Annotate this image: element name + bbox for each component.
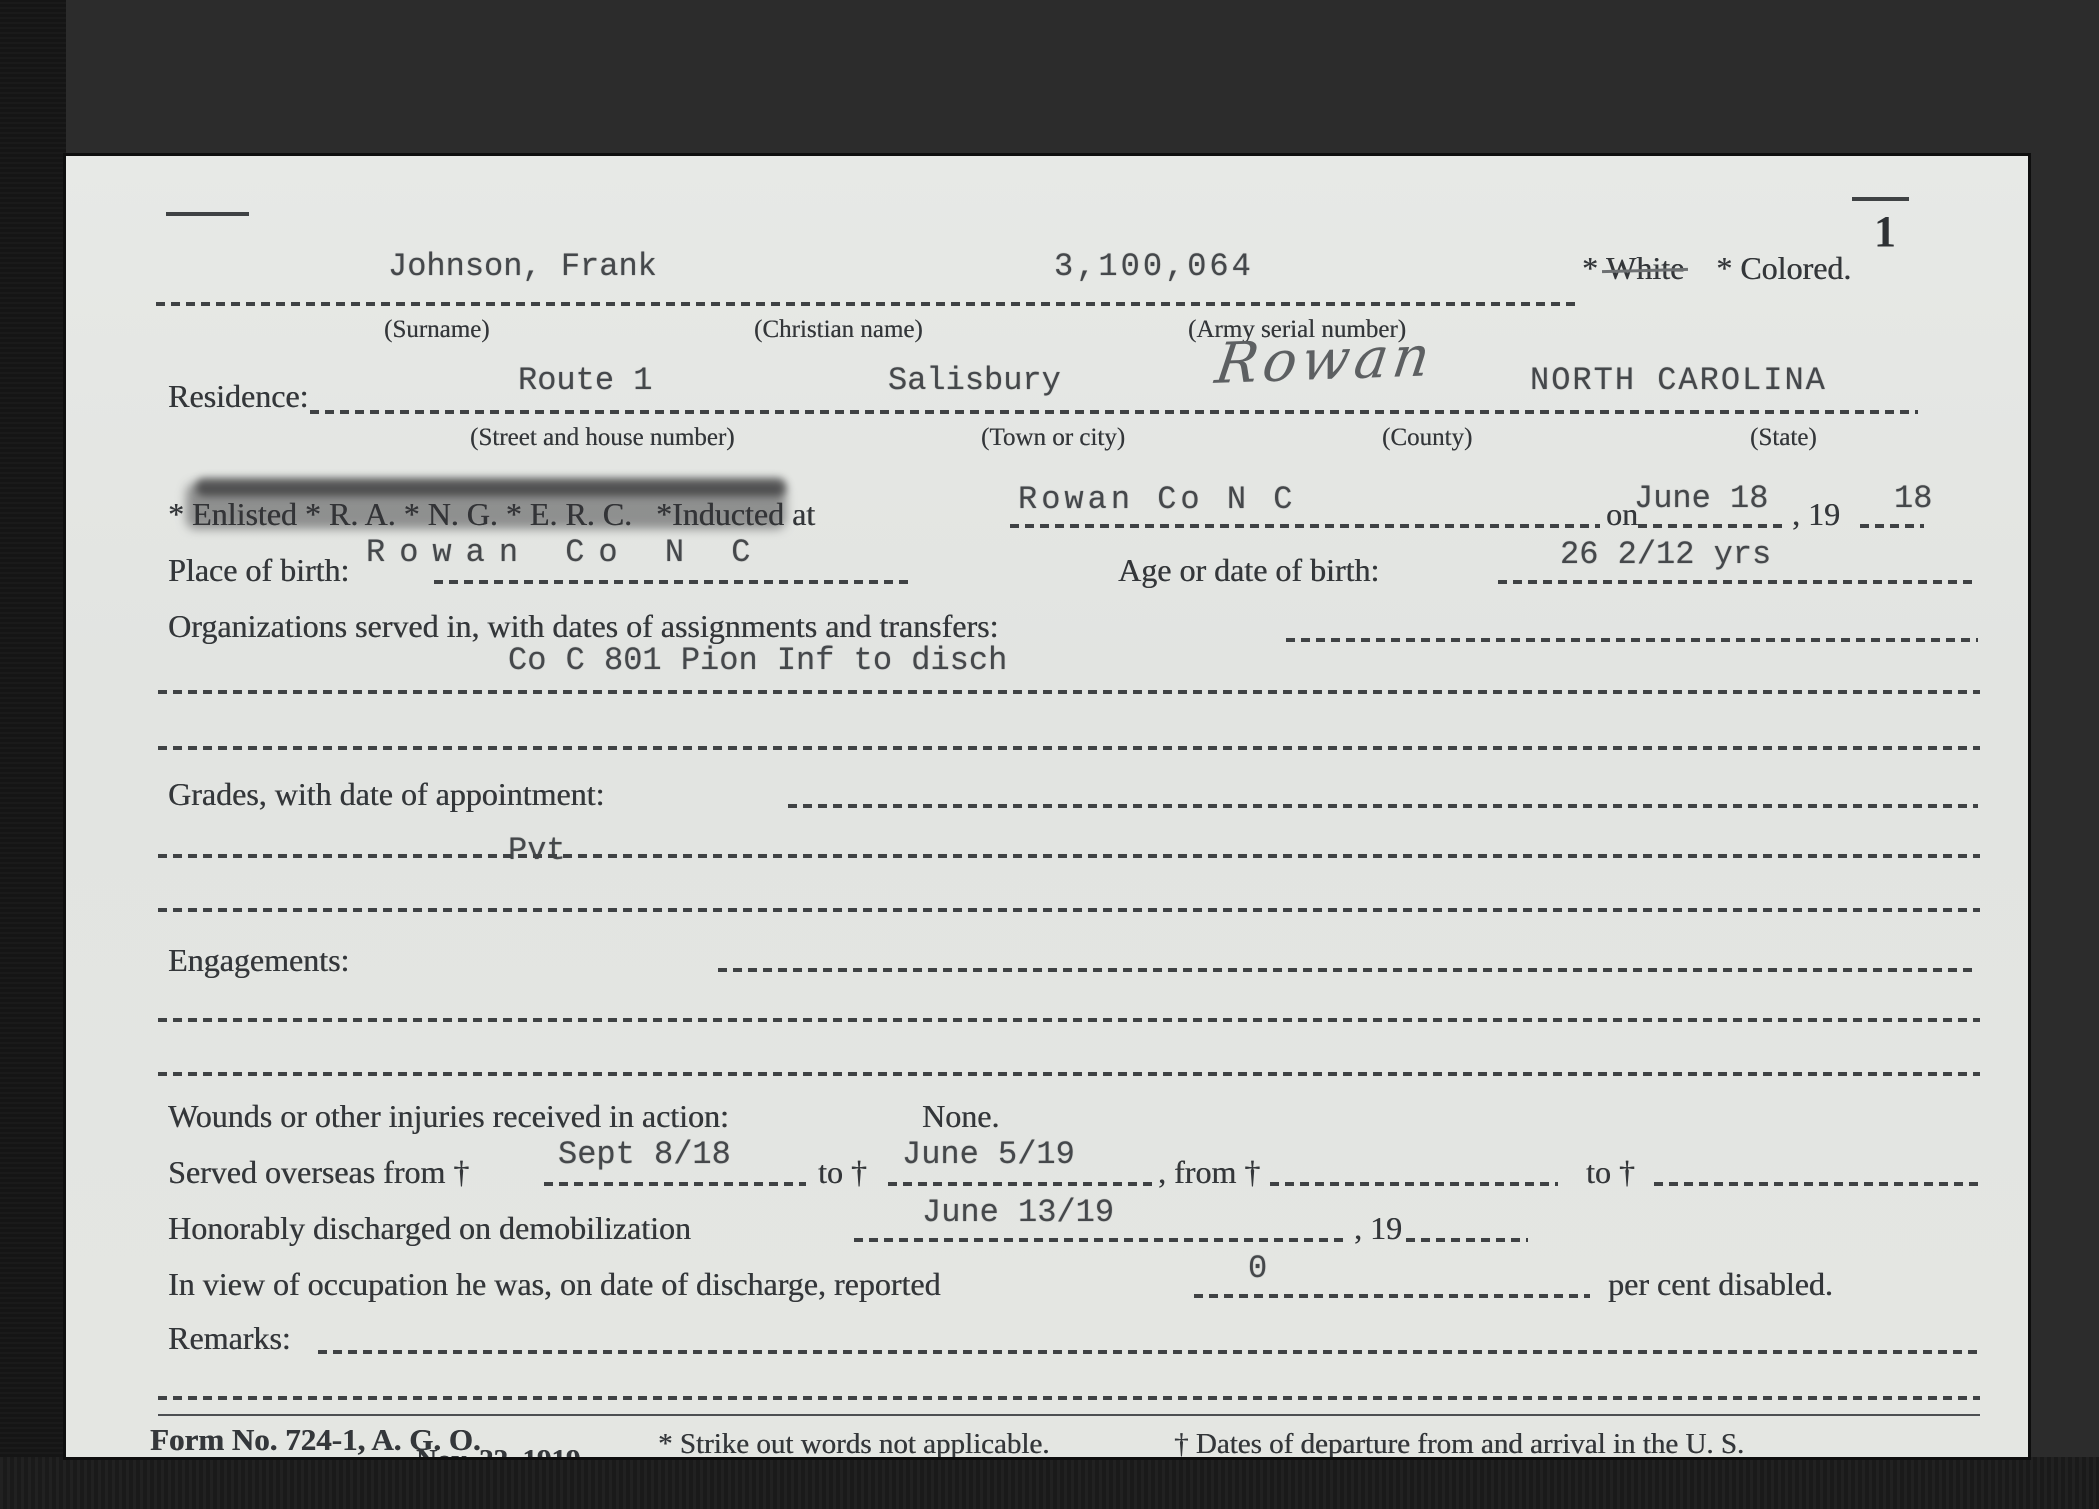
dotted-line: [544, 1182, 806, 1186]
dotted-line: [1860, 524, 1924, 528]
race-option-colored: Colored.: [1740, 250, 1851, 286]
dotted-line: [788, 804, 1978, 808]
grades-value: Pvt: [508, 832, 566, 869]
dotted-line: [1286, 638, 1978, 642]
race-option-white: White: [1606, 250, 1684, 287]
dotted-line: [156, 302, 1580, 306]
engagements-label: Engagements:: [168, 942, 349, 979]
serial-number-value: 3,100,064: [1054, 248, 1254, 285]
dotted-line: [1498, 580, 1974, 584]
discharge-year-label: , 19: [1354, 1210, 1402, 1247]
dotted-line: [1654, 1182, 1978, 1186]
dotted-line: [158, 1018, 1980, 1022]
overseas-to-value: June 5/19: [902, 1136, 1075, 1173]
remarks-label: Remarks:: [168, 1320, 291, 1357]
footnote-dagger: † Dates of departure from and arrival in…: [1174, 1428, 1744, 1457]
overseas-from2-label: , from †: [1158, 1154, 1260, 1191]
place-of-birth-label: Place of birth:: [168, 552, 349, 589]
dotted-line: [158, 908, 1980, 912]
age-label: Age or date of birth:: [1118, 552, 1379, 589]
solid-rule: [158, 1414, 1980, 1416]
overseas-from-label: Served overseas from †: [168, 1154, 469, 1191]
year-prefix-label: , 19: [1792, 496, 1840, 533]
county-caption: (County): [1382, 424, 1472, 452]
induction-date-value: June 18: [1634, 480, 1768, 517]
dotted-line: [310, 410, 1918, 414]
strikeout-smudge-edge: [196, 478, 786, 496]
grades-label: Grades, with date of appointment:: [168, 776, 604, 813]
wounds-label: Wounds or other injuries received in act…: [168, 1098, 729, 1135]
dotted-line: [888, 1182, 1154, 1186]
top-left-tick-mark: [166, 212, 249, 216]
state-value: NORTH CAROLINA: [1530, 362, 1827, 399]
dotted-line: [434, 580, 908, 584]
service-record-card: 1 Johnson, Frank 3,100,064 * White * Col…: [66, 156, 2028, 1457]
wounds-value: None.: [922, 1098, 999, 1135]
discharge-date-value: June 13/19: [922, 1194, 1114, 1231]
organizations-value: Co C 801 Pion Inf to disch: [508, 642, 1007, 679]
book-spine-strip: [0, 0, 66, 1509]
inducted-place-value: Rowan Co N C: [1018, 481, 1296, 518]
town-value: Salisbury: [888, 362, 1061, 399]
state-caption: (State): [1750, 424, 1817, 452]
race-options: * White * Colored.: [1582, 250, 1851, 287]
street-value: Route 1: [518, 362, 652, 399]
form-date-clipped: Nov. 22, 1919: [416, 1444, 580, 1457]
dotted-line: [318, 1350, 1978, 1354]
page-number: 1: [1874, 206, 1896, 257]
dotted-line: [718, 968, 1978, 972]
dotted-line: [1406, 1238, 1528, 1242]
overseas-to2-label: to †: [1586, 1154, 1635, 1191]
county-value-handwritten: Rowan: [1211, 324, 1438, 397]
colored-asterisk: *: [1716, 250, 1732, 286]
residence-label: Residence:: [168, 378, 308, 415]
dotted-line: [158, 690, 1980, 694]
dotted-line: [158, 1396, 1980, 1400]
disability-suffix: per cent disabled.: [1608, 1266, 1833, 1303]
white-asterisk: *: [1582, 250, 1598, 286]
dotted-line: [1638, 524, 1788, 528]
discharge-label: Honorably discharged on demobilization: [168, 1210, 691, 1247]
town-caption: (Town or city): [981, 424, 1125, 452]
overseas-to-label: to †: [818, 1154, 867, 1191]
footnote-strike-out: * Strike out words not applicable.: [658, 1428, 1049, 1457]
christian-name-caption: (Christian name): [754, 316, 923, 344]
dotted-line: [158, 854, 1980, 858]
dotted-line: [1270, 1182, 1558, 1186]
background-bottom-band: [0, 1457, 2099, 1509]
disability-percent-value: 0: [1248, 1250, 1267, 1287]
organizations-label: Organizations served in, with dates of a…: [168, 608, 998, 645]
dotted-line: [854, 1238, 1346, 1242]
dotted-line: [1194, 1294, 1590, 1298]
dotted-line: [158, 746, 1980, 750]
disability-label: In view of occupation he was, on date of…: [168, 1266, 940, 1303]
age-value: 26 2/12 yrs: [1560, 536, 1771, 573]
name-value: Johnson, Frank: [388, 248, 657, 285]
street-caption: (Street and house number): [470, 424, 735, 452]
dotted-line: [158, 1072, 1980, 1076]
surname-caption: (Surname): [384, 316, 490, 344]
dotted-line: [1010, 524, 1600, 528]
overseas-from-value: Sept 8/18: [558, 1136, 731, 1173]
top-right-tick-mark: [1852, 197, 1909, 201]
place-of-birth-value: Rowan Co N C: [366, 534, 764, 571]
scan-background: 1 Johnson, Frank 3,100,064 * White * Col…: [0, 0, 2099, 1509]
induction-year-value: 18: [1894, 480, 1932, 517]
